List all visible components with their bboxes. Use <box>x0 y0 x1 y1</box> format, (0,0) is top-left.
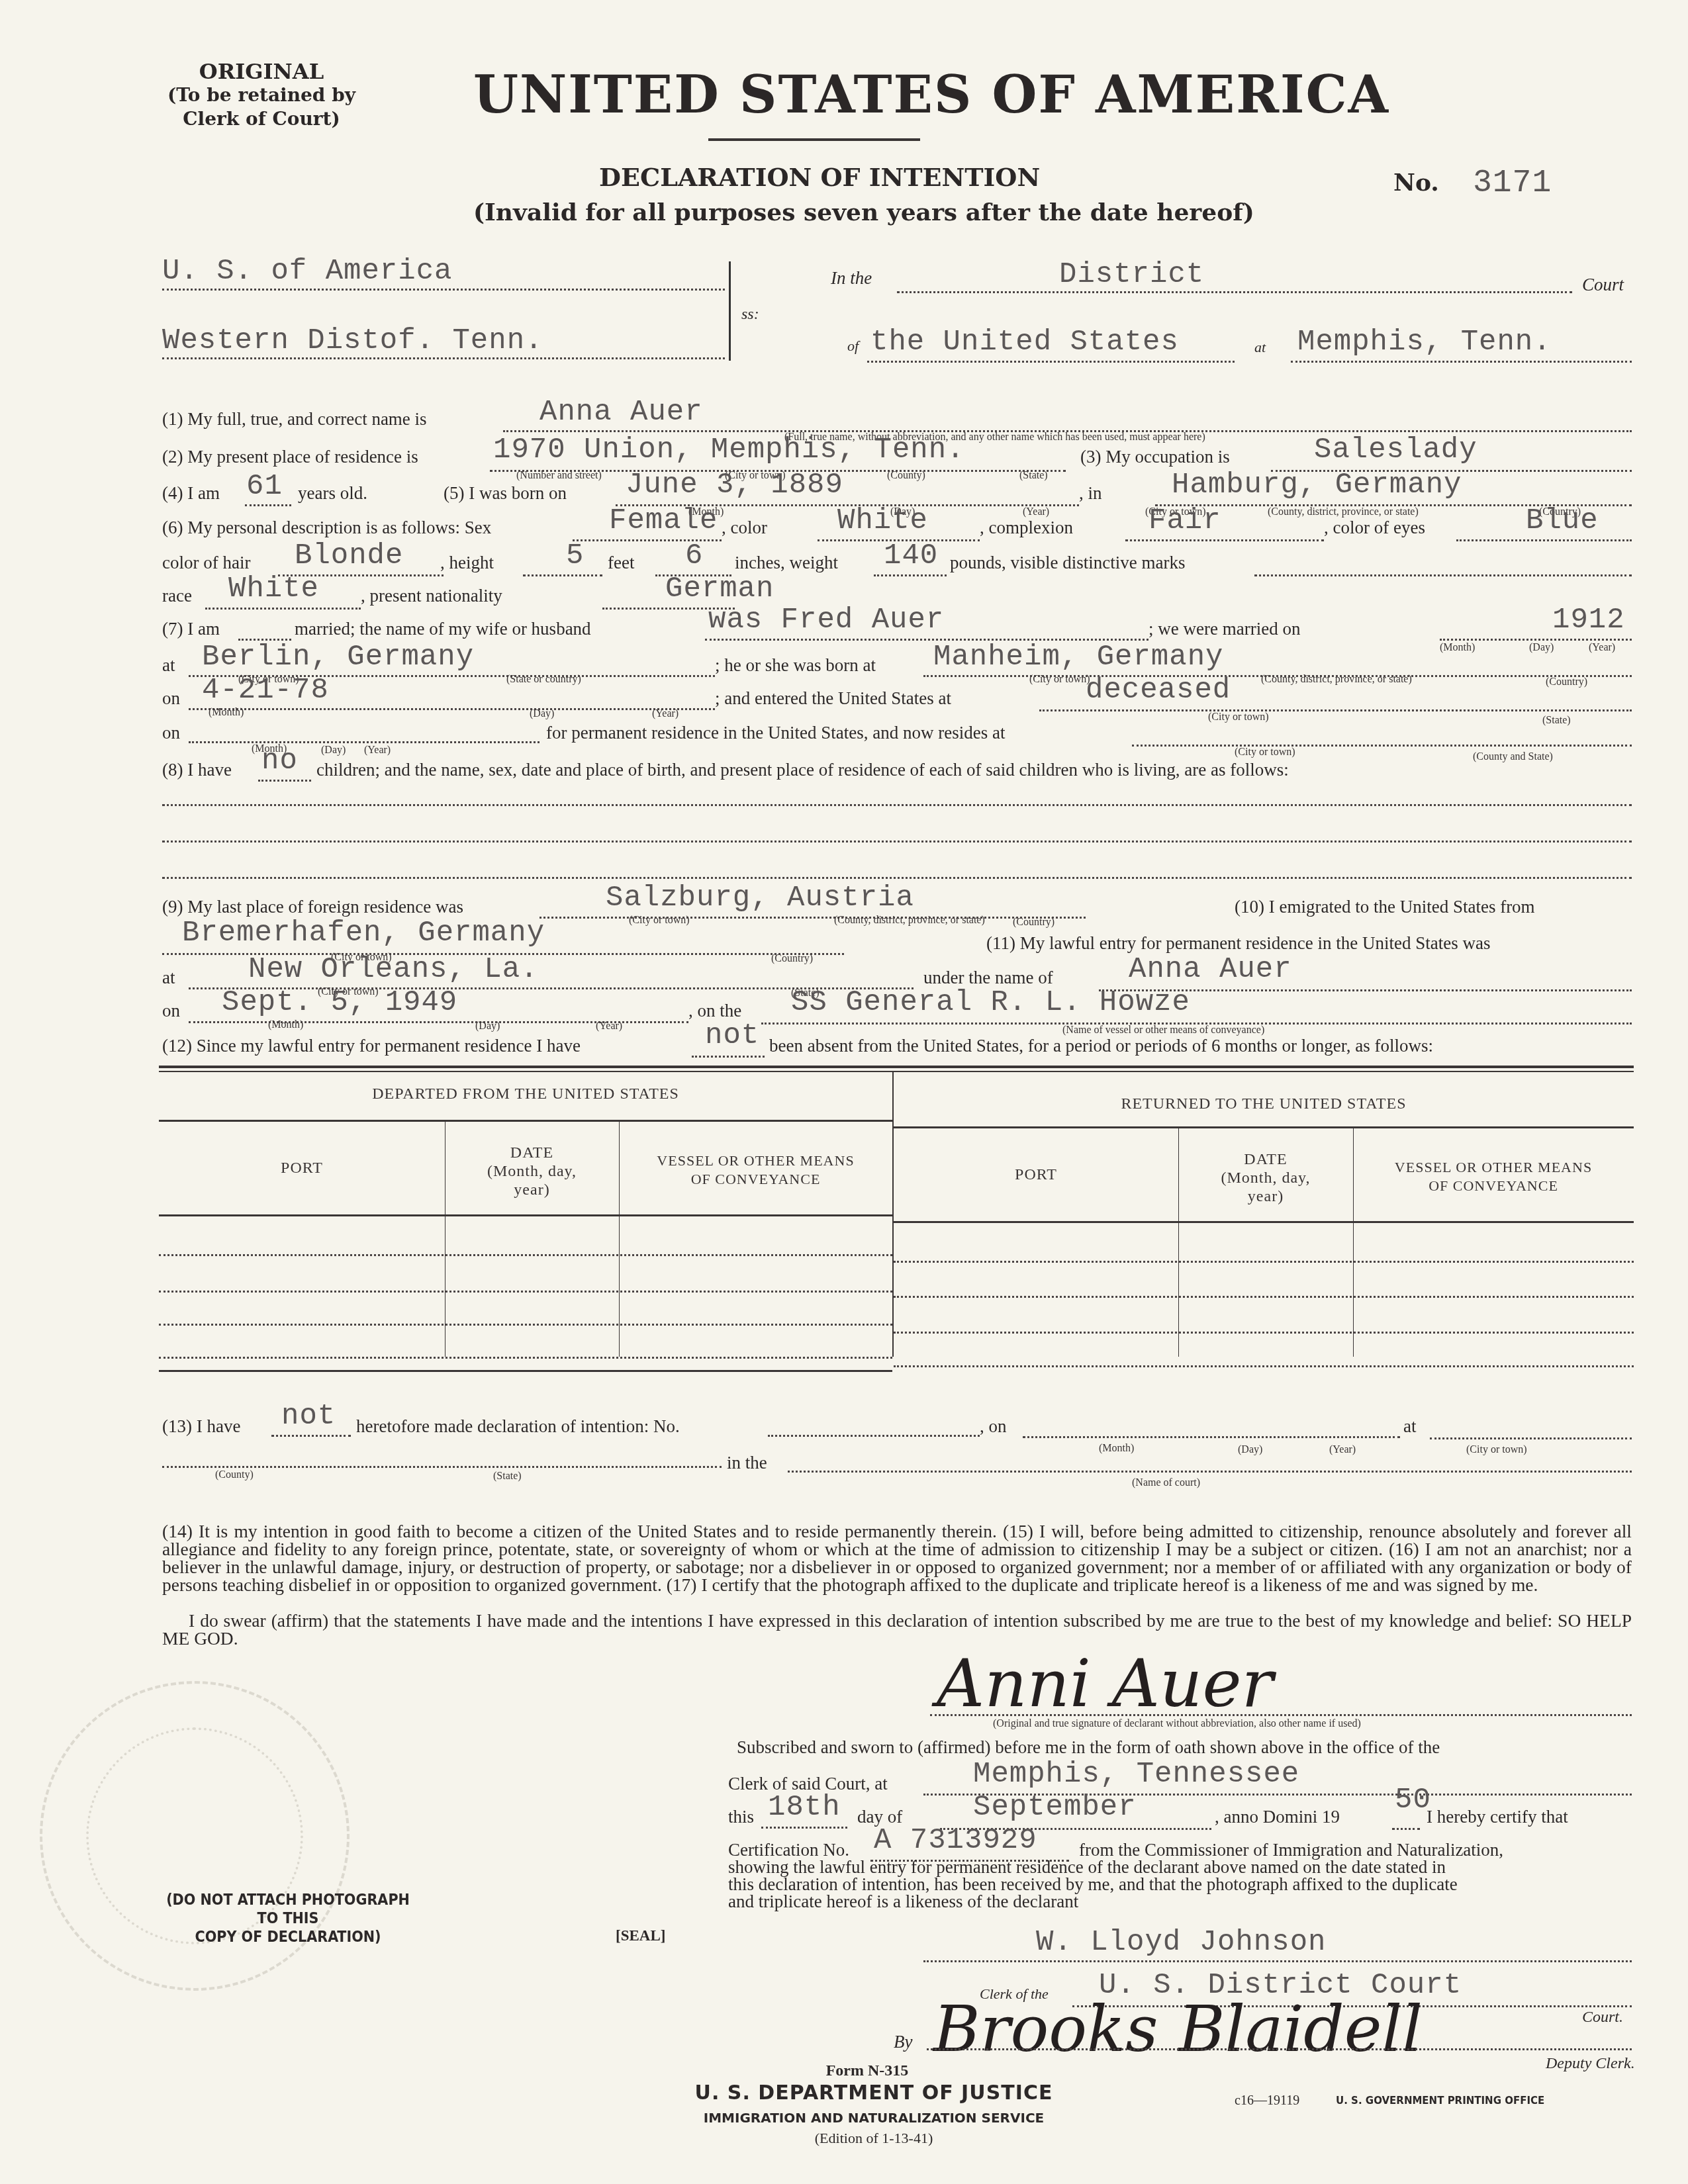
residence: 1970 Union, Memphis, Tenn. <box>493 433 965 467</box>
last-foreign-residence-line <box>539 917 1086 919</box>
prior-declaration-court-line <box>788 1471 1632 1473</box>
departed-header: DEPARTED FROM THE UNITED STATES <box>159 1085 892 1103</box>
spouse-entry-hint-year: (Year) <box>364 745 391 756</box>
table-top-rule <box>159 1066 1634 1068</box>
court-suffix: Court. <box>1582 2009 1623 2026</box>
original-note-line2: Clerk of Court) <box>149 107 374 131</box>
q6-label: (6) My personal description is as follow… <box>162 518 491 538</box>
spouse-born-label: ; he or she was born at <box>715 655 876 676</box>
q11-name-label: under the name of <box>923 968 1053 988</box>
height-label: , height <box>440 553 494 573</box>
last-foreign-residence: Salzburg, Austria <box>606 882 914 915</box>
birth-hint-county: (County, district, province, or state) <box>1268 506 1419 518</box>
court-type-line <box>897 291 1572 293</box>
eye-color: Blue <box>1526 504 1599 537</box>
court-type: District <box>1059 258 1204 291</box>
q10-hint-country: (Country) <box>771 953 813 965</box>
declarant-signature: Anni Auer <box>937 1645 1273 1722</box>
form-edition: (Edition of 1-13-41) <box>622 2129 1125 2148</box>
date-header: DATE <box>1178 1150 1353 1169</box>
race: White <box>228 572 319 606</box>
spouse-resides-label: for permanent residence in the United St… <box>546 723 1006 743</box>
oath-swear: I do swear (affirm) that the statements … <box>162 1612 1632 1647</box>
service-name: IMMIGRATION AND NATURALIZATION SERVICE <box>622 2107 1125 2129</box>
nationality-label: , present nationality <box>361 586 502 606</box>
table-row[interactable] <box>894 1365 1634 1367</box>
q7-spouse-label: married; the name of my wife or husband <box>295 619 591 639</box>
q9-label: (9) My last place of foreign residence w… <box>162 897 463 917</box>
departed-col-date: DATE (Month, day, year) <box>445 1144 619 1199</box>
married-on: 1912 <box>1552 604 1625 637</box>
table-bottom-rule <box>159 1370 892 1372</box>
birth-place: Hamburg, Germany <box>1172 469 1462 502</box>
sworn-day-line <box>761 1827 847 1829</box>
date-header-sub: year) <box>1178 1187 1353 1206</box>
spouse-entered-hint-city: (City or town) <box>1208 711 1269 723</box>
original-note-line1: (To be retained by <box>149 83 374 107</box>
photo-note: (DO NOT ATTACH PHOTOGRAPH TO THIS COPY O… <box>156 1891 420 1946</box>
photo-note-line1: (DO NOT ATTACH PHOTOGRAPH TO THIS <box>156 1891 420 1928</box>
court-of-line <box>867 361 1235 363</box>
q1-label: (1) My full, true, and correct name is <box>162 409 427 430</box>
declarant-signature-line <box>930 1714 1632 1716</box>
q4-label: (4) I am <box>162 483 220 504</box>
q13-hint-county: (County) <box>215 1469 254 1481</box>
birth-date: June 3, 1889 <box>626 469 843 502</box>
complexion-label: , complexion <box>980 518 1073 538</box>
spouse-resides-line <box>1132 745 1632 747</box>
marks-line <box>1254 574 1632 576</box>
children-count: no <box>261 745 298 778</box>
married-at-hint-state: (State or country) <box>506 674 581 686</box>
q13-text: heretofore made declaration of intention… <box>356 1416 680 1437</box>
q11-hint-month: (Month) <box>268 1019 303 1031</box>
color-label: , color <box>722 518 767 538</box>
absence-status-line <box>692 1056 765 1058</box>
q11-label: (11) My lawful entry for permanent resid… <box>986 933 1491 954</box>
q13-label: (13) I have <box>162 1416 240 1437</box>
q5-label: (5) I was born on <box>444 483 567 504</box>
married-hint-year: (Year) <box>1589 642 1615 654</box>
date-header-sub: (Month, day, <box>1178 1169 1353 1187</box>
q13-hint-state: (State) <box>493 1471 522 1482</box>
q5-in-label: , in <box>1079 483 1102 504</box>
inches-label: inches, weight <box>735 553 838 573</box>
date-header-sub: year) <box>445 1181 619 1199</box>
prior-declaration-city-line <box>1430 1437 1632 1439</box>
race-line <box>205 608 361 610</box>
spouse-resides-hint-city: (City or town) <box>1235 747 1295 758</box>
height-feet-line <box>523 574 602 576</box>
spouse-entered-hint-state: (State) <box>1542 715 1571 727</box>
color: White <box>837 504 928 537</box>
table-row[interactable] <box>894 1261 1634 1263</box>
q9-hint-city: (City or town) <box>629 915 690 927</box>
q7-label: (7) I am <box>162 619 220 639</box>
deputy-clerk-signature: Brooks Blaidell <box>933 1992 1423 2066</box>
age: 61 <box>246 470 283 503</box>
ss-label: ss: <box>741 306 759 324</box>
children-count-line <box>258 780 311 782</box>
children-line-3 <box>162 877 1632 879</box>
sworn-month: September <box>973 1791 1137 1824</box>
print-code: c16—19119 <box>1235 2093 1299 2109</box>
feet-label: feet <box>608 553 634 573</box>
spouse-entered: deceased <box>1086 674 1231 707</box>
original-copy-note: ORIGINAL (To be retained by Clerk of Cou… <box>149 60 374 131</box>
original-label: ORIGINAL <box>149 60 374 83</box>
married-on-label: ; we were married on <box>1149 619 1300 639</box>
q13-hint-city: (City or town) <box>1466 1444 1527 1456</box>
form-footer: Form N-315 U. S. DEPARTMENT OF JUSTICE I… <box>622 2062 1125 2148</box>
spouse-dob: 4-21-78 <box>202 674 329 707</box>
q11-on-label: on <box>162 1001 180 1021</box>
spouse-dob-label: on <box>162 688 180 709</box>
height-inches: 6 <box>685 539 703 572</box>
spouse-dob-line <box>189 708 715 710</box>
q8-text: children; and the name, sex, date and pl… <box>316 760 1289 780</box>
printer-name: U. S. GOVERNMENT PRINTING OFFICE <box>1336 2095 1544 2107</box>
q11-at-label: at <box>162 968 175 988</box>
returned-col-rule <box>894 1221 1634 1223</box>
sex: Female <box>609 504 718 537</box>
departed-col-vessel: VESSEL OR OTHER MEANS OF CONVEYANCE <box>619 1152 892 1189</box>
spouse-entry-hint-day: (Day) <box>321 745 346 756</box>
q12-text: been absent from the United States, for … <box>769 1036 1433 1056</box>
date-header: DATE <box>445 1144 619 1162</box>
deputy-signature-line <box>927 2048 1632 2050</box>
court-label: Court <box>1582 275 1624 295</box>
spouse-dob-hint-day: (Day) <box>530 708 554 720</box>
spouse-dob-hint-year: (Year) <box>652 708 679 720</box>
marks-label: pounds, visible distinctive marks <box>950 553 1185 573</box>
married-hint-day: (Day) <box>1529 642 1554 654</box>
spouse-entered-label: ; and entered the United States at <box>715 688 951 709</box>
seal-label: [SEAL] <box>616 1927 665 1944</box>
table-center-divider <box>892 1072 894 1357</box>
spouse-entry-on-line <box>189 741 539 743</box>
emigrated-from: Bremerhafen, Germany <box>182 917 545 950</box>
entry-port: New Orleans, La. <box>248 953 538 986</box>
q2-label: (2) My present place of residence is <box>162 447 418 467</box>
spouse-resides-hint-county: (County and State) <box>1473 751 1553 763</box>
weight-line <box>874 574 947 576</box>
spouse-entry-on-label: on <box>162 723 180 743</box>
department-name: U. S. DEPARTMENT OF JUSTICE <box>622 2080 1125 2107</box>
vessel-header-sub: OF CONVEYANCE <box>1353 1177 1634 1195</box>
spouse-dob-hint-month: (Month) <box>209 707 244 719</box>
eyes-label: , color of eyes <box>1324 518 1425 538</box>
q13-hint-day: (Day) <box>1238 1444 1262 1456</box>
in-the-label: In the <box>831 268 872 289</box>
married-at: Berlin, Germany <box>202 641 474 674</box>
table-row[interactable] <box>159 1324 892 1326</box>
certification-number: A 7313929 <box>874 1824 1037 1857</box>
q9-hint-county: (County, district, province, or state) <box>834 915 985 927</box>
returned-header-rule <box>894 1126 1634 1128</box>
q13-in-the-label: in the <box>727 1453 767 1473</box>
venue-district-line <box>162 357 725 359</box>
absence-status: not <box>705 1019 759 1052</box>
table-row[interactable] <box>894 1296 1634 1298</box>
form-title: DECLARATION OF INTENTION <box>599 162 1040 192</box>
prior-declaration-county-line <box>162 1466 722 1468</box>
spouse-name: was Fred Auer <box>708 604 944 637</box>
returned-col-date: DATE (Month, day, year) <box>1178 1150 1353 1206</box>
q13-at-label: at <box>1403 1416 1417 1437</box>
entry-name: Anna Auer <box>1129 953 1292 986</box>
married-hint-month: (Month) <box>1440 642 1475 654</box>
occupation: Saleslady <box>1314 433 1477 467</box>
sworn-day: 18th <box>768 1791 841 1824</box>
q4-suffix: years old. <box>298 483 367 504</box>
clerk-at-location: Memphis, Tennessee <box>973 1758 1299 1791</box>
q13-on-label: , on <box>980 1416 1007 1437</box>
table-row[interactable] <box>159 1291 892 1293</box>
children-line-1 <box>162 804 1632 806</box>
of-label: of <box>847 338 859 355</box>
q10-label: (10) I emigrated to the United States fr… <box>1235 897 1535 917</box>
venue-country-line <box>162 289 725 291</box>
prior-declaration-number-line <box>768 1435 980 1437</box>
declaration-number-label: No. <box>1393 169 1439 197</box>
form-number: Form N-315 <box>609 2062 1125 2080</box>
vessel-header-sub: OF CONVEYANCE <box>619 1170 892 1189</box>
q11-hint-year: (Year) <box>596 1021 622 1032</box>
nationality: German <box>665 572 774 606</box>
q13-hint-court: (Name of court) <box>1132 1477 1200 1489</box>
departed-col-rule <box>159 1214 892 1216</box>
q12-label: (12) Since my lawful entry for permanent… <box>162 1036 581 1056</box>
declarant-signature-hint: (Original and true signature of declaran… <box>993 1718 1361 1730</box>
residence-hint-street: (Number and street) <box>516 470 602 482</box>
venue-district: Western Distof. Tenn. <box>162 324 543 357</box>
entry-date: Sept. 5, 1949 <box>222 986 457 1019</box>
prior-declaration-date-line <box>1023 1436 1400 1438</box>
spouse-born-hint-county: (County, district, province, or state) <box>1261 674 1412 686</box>
departed-header-rule <box>159 1120 892 1122</box>
vessel-header: VESSEL OR OTHER MEANS <box>1353 1158 1634 1177</box>
declaration-number: 3171 <box>1473 165 1552 201</box>
q11-hint-day: (Day) <box>475 1021 500 1032</box>
prior-declaration-status-line <box>271 1435 351 1437</box>
oath-paragraph: (14) It is my intention in good faith to… <box>162 1522 1632 1594</box>
entry-vessel: SS General R. L. Howze <box>791 986 1190 1019</box>
complexion: Fair <box>1149 504 1221 537</box>
spouse-birthplace: Manheim, Germany <box>933 641 1223 674</box>
returned-header: RETURNED TO THE UNITED STATES <box>894 1095 1634 1113</box>
court-location: Memphis, Tenn. <box>1297 326 1552 359</box>
deputy-clerk-label: Deputy Clerk. <box>1546 2055 1635 2073</box>
children-line-2 <box>162 841 1632 842</box>
departed-col-port: PORT <box>159 1160 445 1177</box>
cert-text-4: and triplicate hereof is a likeness of t… <box>728 1891 1078 1912</box>
venue-country: U. S. of America <box>162 255 452 288</box>
country-title: UNITED STATES OF AMERICA <box>473 65 1389 125</box>
residence-hint-county: (County) <box>887 470 925 482</box>
height-feet: 5 <box>566 539 584 572</box>
vessel-header: VESSEL OR OTHER MEANS <box>619 1152 892 1170</box>
returned-col-vessel: VESSEL OR OTHER MEANS OF CONVEYANCE <box>1353 1158 1634 1195</box>
clerk-name-line <box>923 1960 1632 1962</box>
court-location-line <box>1291 361 1632 363</box>
q11-vessel-hint: (Name of vessel or other means of convey… <box>1062 1024 1264 1036</box>
sworn-text: Subscribed and sworn to (affirmed) befor… <box>737 1737 1440 1758</box>
returned-col-port: PORT <box>894 1166 1178 1184</box>
spouse-entered-line <box>1039 709 1632 711</box>
photo-note-line2: COPY OF DECLARATION) <box>156 1928 420 1946</box>
hair-label: color of hair <box>162 553 250 573</box>
spouse-born-hint-city: (City or town) <box>1029 674 1090 686</box>
at-label: at <box>1254 339 1266 356</box>
venue-bracket <box>724 261 731 361</box>
sworn-year: 50 <box>1395 1784 1431 1817</box>
race-label: race <box>162 586 192 606</box>
q13-hint-year: (Year) <box>1329 1444 1356 1456</box>
birth-hint-year: (Year) <box>1023 506 1049 518</box>
married-at-label: at <box>162 655 175 676</box>
table-top-rule-2 <box>159 1071 1634 1072</box>
table-row[interactable] <box>894 1332 1634 1334</box>
form-subtitle: (Invalid for all purposes seven years af… <box>473 199 1254 226</box>
hair-color: Blonde <box>295 539 403 572</box>
anno-label: , anno Domini 19 <box>1215 1807 1340 1827</box>
q13-hint-month: (Month) <box>1099 1443 1134 1455</box>
date-header-sub: (Month, day, <box>445 1162 619 1181</box>
court-of: the United States <box>870 326 1179 359</box>
title-divider <box>708 138 920 141</box>
residence-hint-state: (State) <box>1019 470 1048 482</box>
sworn-year-line <box>1392 1828 1420 1830</box>
certify-label: I hereby certify that <box>1427 1807 1568 1827</box>
complexion-line <box>1125 539 1324 541</box>
eye-color-line <box>1456 539 1632 541</box>
q9-hint-country: (Country) <box>1013 917 1055 929</box>
clerk-name: W. Lloyd Johnson <box>1036 1926 1326 1959</box>
q8-label: (8) I have <box>162 760 232 780</box>
table-row[interactable] <box>159 1357 892 1359</box>
spouse-born-hint-country: (Country) <box>1546 676 1587 688</box>
by-label: By <box>894 2032 912 2052</box>
full-name: Anna Auer <box>539 396 703 429</box>
q3-label: (3) My occupation is <box>1080 447 1230 467</box>
prior-declaration-status: not <box>281 1400 336 1433</box>
table-row[interactable] <box>159 1254 892 1256</box>
q11-vessel-label: , on the <box>688 1001 741 1021</box>
this-label: this <box>728 1807 754 1827</box>
weight: 140 <box>884 539 938 572</box>
married-on-line <box>1440 639 1632 641</box>
age-line <box>245 504 291 506</box>
